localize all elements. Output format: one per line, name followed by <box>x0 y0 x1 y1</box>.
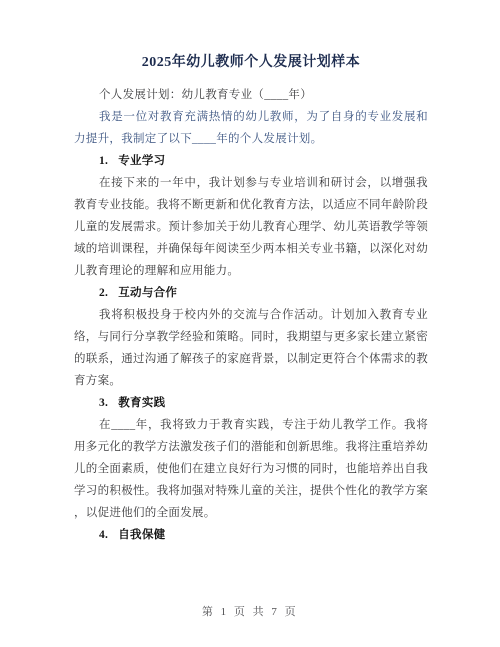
section-number: 3. <box>99 397 108 409</box>
page-footer: 第 1 页 共 7 页 <box>0 603 500 619</box>
page-indicator: 第 1 页 共 7 页 <box>202 606 298 618</box>
text-line: 在____年，我将致力于教育实践，专注于幼儿教学工作。我将运 <box>74 414 428 436</box>
section-number: 2. <box>99 287 108 299</box>
section-heading: 1.专业学习 <box>74 150 428 172</box>
section-heading-label: 教育实践 <box>118 397 165 409</box>
section-number: 1. <box>99 155 108 167</box>
text-line: 育方案。 <box>74 370 428 392</box>
section-professional-study: 1.专业学习 在接下来的一年中，我计划参与专业培训和研讨会，以增强我的 教育专业… <box>74 150 428 282</box>
intro-paragraph: 我是一位对教育充满热情的幼儿教师，为了自身的专业发展和能 力提升，我制定了以下_… <box>74 106 428 150</box>
text-line: 络，与同行分享教学经验和策略。同时，我期望与更多家长建立紧密 <box>74 326 428 348</box>
section-education-practice: 3.教育实践 在____年，我将致力于教育实践，专注于幼儿教学工作。我将运 用多… <box>74 392 428 524</box>
text-line: 教育专业技能。我将不断更新和优化教育方法，以适应不同年龄阶段 <box>74 194 428 216</box>
document-title: 2025年幼儿教师个人发展计划样本 <box>74 51 428 75</box>
section-heading: 4.自我保健 <box>74 524 428 546</box>
text-line: 力提升，我制定了以下____年的个人发展计划。 <box>74 128 428 150</box>
text-line: 在接下来的一年中，我计划参与专业培训和研讨会，以增强我的 <box>74 172 428 194</box>
text-line: 用多元化的教学方法激发孩子们的潜能和创新思维。我将注重培养幼 <box>74 436 428 458</box>
document-page: 2025年幼儿教师个人发展计划样本 个人发展计划：幼儿教育专业（____年） 我… <box>0 0 500 647</box>
text-line: 儿教育理论的理解和应用能力。 <box>74 260 428 282</box>
section-heading-label: 自我保健 <box>118 529 165 541</box>
section-interaction-cooperation: 2.互动与合作 我将积极投身于校内外的交流与合作活动。计划加入教育专业网 络，与… <box>74 282 428 392</box>
section-heading-label: 专业学习 <box>118 155 165 167</box>
section-number: 4. <box>99 529 108 541</box>
section-heading: 2.互动与合作 <box>74 282 428 304</box>
text-line: ，以促进他们的全面发展。 <box>74 502 428 524</box>
subtitle-line: 个人发展计划：幼儿教育专业（____年） <box>74 84 428 106</box>
text-line: 的联系，通过沟通了解孩子的家庭背景，以制定更符合个体需求的教 <box>74 348 428 370</box>
text-line: 儿的全面素质，使他们在建立良好行为习惯的同时，也能培养出自我 <box>74 458 428 480</box>
section-heading: 3.教育实践 <box>74 392 428 414</box>
section-self-care: 4.自我保健 <box>74 524 428 546</box>
text-line: 我是一位对教育充满热情的幼儿教师，为了自身的专业发展和能 <box>74 106 428 128</box>
section-heading-label: 互动与合作 <box>118 287 177 299</box>
text-line: 我将积极投身于校内外的交流与合作活动。计划加入教育专业网 <box>74 304 428 326</box>
text-line: 儿童的发展需求。预计参加关于幼儿教育心理学、幼儿英语教学等领 <box>74 216 428 238</box>
text-line: 学习的积极性。我将加强对特殊儿童的关注，提供个性化的教学方案 <box>74 480 428 502</box>
text-line: 域的培训课程，并确保每年阅读至少两本相关专业书籍，以深化对幼 <box>74 238 428 260</box>
